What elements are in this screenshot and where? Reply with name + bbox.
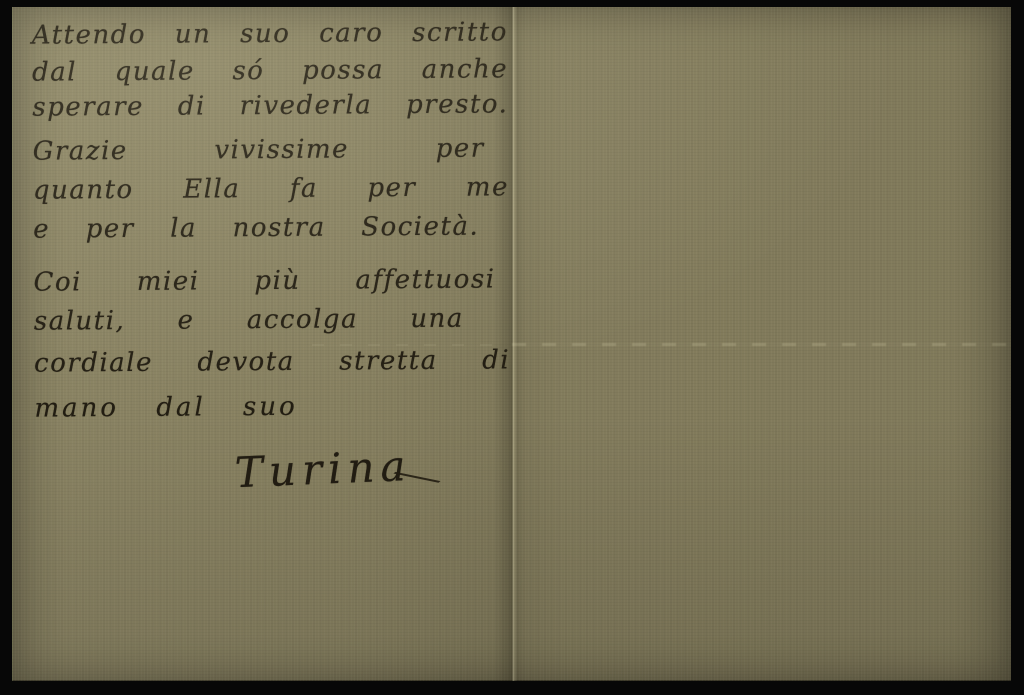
letter-paper: Attendo un suo caro scritto dal quale só…	[12, 7, 1011, 681]
handwriting-line: cordiale devota stretta di	[34, 345, 510, 378]
handwritten-text-block: Attendo un suo caro scritto dal quale só…	[22, 7, 513, 681]
handwriting-line: mano dal suo	[34, 392, 297, 424]
handwriting-line: Attendo un suo caro scritto	[32, 17, 508, 50]
handwriting-line: e per la nostra Società.	[33, 212, 479, 245]
handwriting-line: dal quale só possa anche	[32, 54, 508, 87]
handwriting-line: Grazie vivissime per	[33, 133, 485, 166]
handwriting-line: sperare di rivederla presto.	[32, 89, 508, 122]
horizontal-fold-crease	[512, 343, 1011, 346]
handwriting-line: Coi miei più affettuosi	[33, 264, 495, 297]
signature: Turina	[234, 441, 413, 497]
handwriting-line: quanto Ella fa per me	[33, 172, 509, 205]
handwriting-line: saluti, e accolga una	[34, 304, 464, 337]
scanned-letter: Attendo un suo caro scritto dal quale só…	[0, 0, 1024, 695]
